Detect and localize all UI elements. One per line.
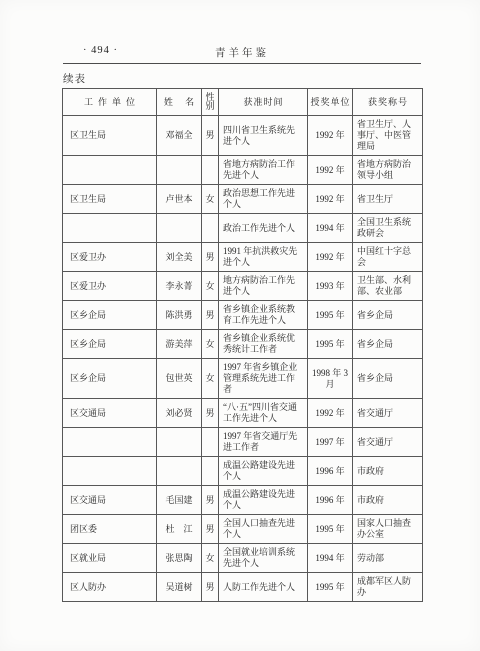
cell-gender <box>202 457 219 486</box>
header-row: 工作单位 姓 名 性别 获准时间 授奖单位 获奖称号 <box>63 89 423 116</box>
cell-gender: 男 <box>202 301 219 330</box>
col-header-gender: 性别 <box>202 89 219 116</box>
cell-approval-time: 1997 年省乡镇企业管理系统先进工作者 <box>219 359 308 399</box>
cell-award-year: 1994 年 <box>308 544 353 573</box>
cell-awarding-unit: 卫生部、水利部、农业部 <box>353 272 423 301</box>
cell-gender <box>202 156 219 185</box>
cell-awarding-unit: 省卫生厅、人事厅、中医管理局 <box>353 116 423 156</box>
cell-awarding-unit: 劳动部 <box>353 544 423 573</box>
cell-name: 陈洪勇 <box>157 301 202 330</box>
table-row: 政治工作先进个人 1994 年 全国卫生系统政研会 <box>63 214 423 243</box>
book-title: 青羊年鉴 <box>63 45 421 60</box>
cell-name <box>157 457 202 486</box>
table-row: 区卫生局 卢世本 女 政治思想工作先进个人 1992 年 省卫生厅 <box>63 185 423 214</box>
cell-awarding-unit: 省交通厅 <box>353 428 423 457</box>
cell-name <box>157 156 202 185</box>
cell-name: 卢世本 <box>157 185 202 214</box>
cell-approval-time: 1991 年抗洪救灾先进个人 <box>219 243 308 272</box>
cell-gender: 男 <box>202 399 219 428</box>
cell-award-year: 1992 年 <box>308 185 353 214</box>
cell-award-year: 1996 年 <box>308 486 353 515</box>
cell-awarding-unit: 省卫生厅 <box>353 185 423 214</box>
cell-work-unit: 区乡企局 <box>63 330 157 359</box>
cell-award-year: 1995 年 <box>308 330 353 359</box>
cell-name: 毛国建 <box>157 486 202 515</box>
cell-approval-time: 省乡镇企业系统教育工作先进个人 <box>219 301 308 330</box>
cell-work-unit: 区乡企局 <box>63 359 157 399</box>
cell-gender: 男 <box>202 573 219 602</box>
scanned-page: · 494 · 青羊年鉴 续表 工作单位 姓 名 性别 获准时间 授奖单位 获奖… <box>0 0 480 651</box>
cell-award-year: 1993 年 <box>308 272 353 301</box>
cell-work-unit: 区乡企局 <box>63 301 157 330</box>
cell-work-unit: 区就业局 <box>63 544 157 573</box>
cell-name: 吴道树 <box>157 573 202 602</box>
cell-awarding-unit: 全国卫生系统政研会 <box>353 214 423 243</box>
cell-name: 刘全美 <box>157 243 202 272</box>
cell-approval-time: 成温公路建设先进个人 <box>219 457 308 486</box>
cell-gender: 男 <box>202 243 219 272</box>
cell-awarding-unit: 中国红十字总会 <box>353 243 423 272</box>
cell-award-year: 1992 年 <box>308 116 353 156</box>
cell-approval-time: 1997 年省交通厅先进工作者 <box>219 428 308 457</box>
col-header-work-unit: 工作单位 <box>63 89 157 116</box>
cell-awarding-unit: 成都军区人防办 <box>353 573 423 602</box>
table-row: 区交通局 毛国建 男 成温公路建设先进个人 1996 年 市政府 <box>63 486 423 515</box>
cell-award-year: 1998 年 3 月 <box>308 359 353 399</box>
cell-work-unit: 区交通局 <box>63 399 157 428</box>
cell-approval-time: 政治思想工作先进个人 <box>219 185 308 214</box>
col-header-award-title: 获奖称号 <box>353 89 423 116</box>
cell-work-unit: 区交通局 <box>63 486 157 515</box>
cell-award-year: 1997 年 <box>308 428 353 457</box>
cell-award-year: 1994 年 <box>308 214 353 243</box>
cell-gender: 女 <box>202 544 219 573</box>
cell-work-unit: 团区委 <box>63 515 157 544</box>
awards-table: 工作单位 姓 名 性别 获准时间 授奖单位 获奖称号 区卫生局 邓福全 男 四川… <box>62 88 423 602</box>
table-row: 区爱卫办 李永菁 女 地方病防治工作先进个人 1993 年 卫生部、水利部、农业… <box>63 272 423 301</box>
cell-name: 李永菁 <box>157 272 202 301</box>
cell-gender <box>202 428 219 457</box>
cell-award-year: 1996 年 <box>308 457 353 486</box>
cell-name <box>157 428 202 457</box>
cell-award-year: 1995 年 <box>308 573 353 602</box>
cell-approval-time: 省地方病防治工作先进个人 <box>219 156 308 185</box>
table-row: 成温公路建设先进个人 1996 年 市政府 <box>63 457 423 486</box>
cell-work-unit: 区人防办 <box>63 573 157 602</box>
cell-name: 游美萍 <box>157 330 202 359</box>
table-row: 1997 年省交通厅先进工作者 1997 年 省交通厅 <box>63 428 423 457</box>
cell-work-unit: 区爱卫办 <box>63 272 157 301</box>
table-header: 工作单位 姓 名 性别 获准时间 授奖单位 获奖称号 <box>63 89 423 116</box>
cell-name: 邓福全 <box>157 116 202 156</box>
cell-approval-time: 全国人口抽查先进个人 <box>219 515 308 544</box>
cell-approval-time: “八·五”四川省交通工作先进个人 <box>219 399 308 428</box>
cell-approval-time: 人防工作先进个人 <box>219 573 308 602</box>
col-header-name: 姓 名 <box>157 89 202 116</box>
table-row: 区人防办 吴道树 男 人防工作先进个人 1995 年 成都军区人防办 <box>63 573 423 602</box>
cell-awarding-unit: 省交通厅 <box>353 399 423 428</box>
cell-gender: 女 <box>202 359 219 399</box>
cell-gender <box>202 214 219 243</box>
cell-work-unit <box>63 156 157 185</box>
col-header-approval-time: 获准时间 <box>219 89 308 116</box>
table-row: 区乡企局 陈洪勇 男 省乡镇企业系统教育工作先进个人 1995 年 省乡企局 <box>63 301 423 330</box>
cell-gender: 男 <box>202 116 219 156</box>
cell-gender: 女 <box>202 330 219 359</box>
cell-approval-time: 省乡镇企业系统优秀统计工作者 <box>219 330 308 359</box>
cell-award-year: 1992 年 <box>308 243 353 272</box>
cell-approval-time: 成温公路建设先进个人 <box>219 486 308 515</box>
running-head: · 494 · 青羊年鉴 <box>63 45 421 59</box>
cell-name: 杜 江 <box>157 515 202 544</box>
cell-work-unit: 区爱卫办 <box>63 243 157 272</box>
cell-awarding-unit: 省乡企局 <box>353 301 423 330</box>
table-row: 区卫生局 邓福全 男 四川省卫生系统先进个人 1992 年 省卫生厅、人事厅、中… <box>63 116 423 156</box>
cell-approval-time: 政治工作先进个人 <box>219 214 308 243</box>
cell-gender: 男 <box>202 486 219 515</box>
cell-awarding-unit: 市政府 <box>353 457 423 486</box>
table-row: 区爱卫办 刘全美 男 1991 年抗洪救灾先进个人 1992 年 中国红十字总会 <box>63 243 423 272</box>
cell-awarding-unit: 省地方病防治领导小组 <box>353 156 423 185</box>
cell-award-year: 1992 年 <box>308 156 353 185</box>
cell-gender: 女 <box>202 272 219 301</box>
cell-name: 包世英 <box>157 359 202 399</box>
cell-work-unit <box>63 428 157 457</box>
cell-name <box>157 214 202 243</box>
cell-name: 刘必贤 <box>157 399 202 428</box>
cell-awarding-unit: 市政府 <box>353 486 423 515</box>
table-row: 团区委 杜 江 男 全国人口抽查先进个人 1995 年 国家人口抽查办公室 <box>63 515 423 544</box>
continued-table-label: 续表 <box>63 71 86 86</box>
table-row: 区交通局 刘必贤 男 “八·五”四川省交通工作先进个人 1992 年 省交通厅 <box>63 399 423 428</box>
awards-table-body: 区卫生局 邓福全 男 四川省卫生系统先进个人 1992 年 省卫生厅、人事厅、中… <box>63 116 423 602</box>
cell-gender: 女 <box>202 185 219 214</box>
cell-awarding-unit: 省乡企局 <box>353 359 423 399</box>
cell-award-year: 1992 年 <box>308 399 353 428</box>
table-row: 区就业局 张思陶 女 全国就业培训系统先进个人 1994 年 劳动部 <box>63 544 423 573</box>
cell-name: 张思陶 <box>157 544 202 573</box>
cell-approval-time: 全国就业培训系统先进个人 <box>219 544 308 573</box>
cell-work-unit: 区卫生局 <box>63 116 157 156</box>
cell-awarding-unit: 省乡企局 <box>353 330 423 359</box>
cell-award-year: 1995 年 <box>308 301 353 330</box>
cell-award-year: 1995 年 <box>308 515 353 544</box>
table-row: 区乡企局 游美萍 女 省乡镇企业系统优秀统计工作者 1995 年 省乡企局 <box>63 330 423 359</box>
cell-approval-time: 四川省卫生系统先进个人 <box>219 116 308 156</box>
cell-work-unit <box>63 214 157 243</box>
cell-approval-time: 地方病防治工作先进个人 <box>219 272 308 301</box>
table-row: 区乡企局 包世英 女 1997 年省乡镇企业管理系统先进工作者 1998 年 3… <box>63 359 423 399</box>
cell-gender: 男 <box>202 515 219 544</box>
cell-awarding-unit: 国家人口抽查办公室 <box>353 515 423 544</box>
cell-work-unit: 区卫生局 <box>63 185 157 214</box>
col-header-awarding-unit: 授奖单位 <box>308 89 353 116</box>
cell-work-unit <box>63 457 157 486</box>
header-divider <box>63 63 421 64</box>
table-row: 省地方病防治工作先进个人 1992 年 省地方病防治领导小组 <box>63 156 423 185</box>
